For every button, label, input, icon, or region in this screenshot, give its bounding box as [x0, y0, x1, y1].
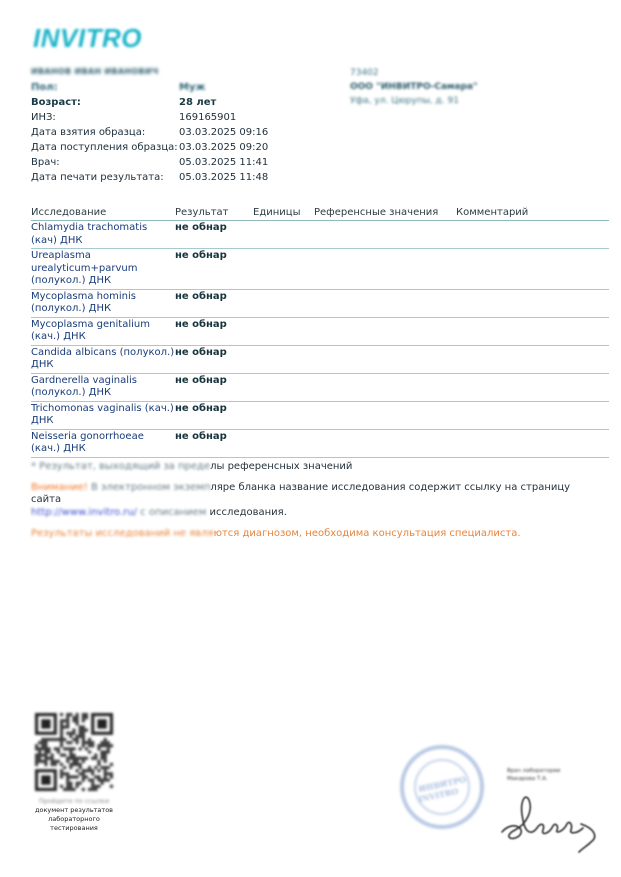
doctor-title: Врач лаборатории — [507, 767, 560, 775]
test-reference — [314, 222, 456, 247]
table-row: Trichomonas vaginalis (кач.) ДНКне обнар — [31, 402, 609, 430]
note-blurred-text: В электронном экземп — [88, 482, 211, 493]
info-label: Врач: — [31, 155, 179, 170]
test-comment — [456, 431, 606, 456]
test-name-link[interactable]: Neisseria gonorrhoeae (кач.) ДНК — [31, 431, 175, 456]
qr-caption-blurred: Пройдите по ссылке — [24, 797, 124, 806]
header-reference: Референсные значения — [314, 205, 456, 220]
info-label: Дата поступления образца: — [31, 140, 179, 155]
table-body: Chlamydia trachomatis (кач) ДНКне обнарU… — [31, 221, 609, 458]
info-value: 169165901 — [179, 110, 236, 125]
test-reference — [314, 291, 456, 316]
test-comment — [456, 222, 606, 247]
test-result: не обнар — [175, 403, 253, 428]
test-reference — [314, 403, 456, 428]
invitro-link[interactable]: http://www.invitro.ru/ — [31, 507, 137, 518]
test-name-link[interactable]: Ureaplasma urealyticum+parvum (полукол.)… — [31, 250, 175, 288]
info-label: Дата взятия образца: — [31, 125, 179, 140]
info-label: Пол: — [31, 80, 179, 95]
test-comment — [456, 319, 606, 344]
table-row: Gardnerella vaginalis (полукол.) ДНКне о… — [31, 374, 609, 402]
info-row: Дата поступления образца:03.03.2025 09:2… — [31, 140, 268, 155]
table-row: Chlamydia trachomatis (кач) ДНКне обнар — [31, 221, 609, 249]
note-electronic-copy: Внимание! В электронном экземпляре бланк… — [31, 482, 591, 520]
test-reference — [314, 319, 456, 344]
table-row: Neisseria gonorrhoeae (кач.) ДНКне обнар — [31, 430, 609, 458]
qr-caption: Пройдите по ссылке документ результатов … — [24, 797, 124, 833]
test-units — [253, 375, 314, 400]
note-text: исследования. — [206, 507, 287, 518]
lab-info: 73402 ООО "ИНВИТРО-Самара" Уфа, ул. Цюру… — [350, 66, 478, 108]
info-value: 03.03.2025 09:16 — [179, 125, 268, 140]
info-value: 03.03.2025 09:20 — [179, 140, 268, 155]
note-disclaimer: Результаты исследований не являются диаг… — [31, 528, 591, 541]
test-reference — [314, 375, 456, 400]
info-label: ИНЗ: — [31, 110, 179, 125]
info-row: Дата печати результата:05.03.2025 11:48 — [31, 170, 268, 185]
note-blurred-text: Результаты исследований не явля — [31, 528, 214, 539]
test-comment — [456, 291, 606, 316]
signature-icon — [497, 790, 602, 855]
test-name-link[interactable]: Candida albicans (полукол.) ДНК — [31, 347, 175, 372]
table-header: Исследование Результат Единицы Референсн… — [31, 205, 609, 221]
test-reference — [314, 347, 456, 372]
lab-address: Уфа, ул. Цюрупы, д. 91 — [350, 94, 478, 108]
results-table: Исследование Результат Единицы Референсн… — [31, 205, 609, 458]
doctor-info: Врач лаборатории Макарова Т.А. — [507, 767, 560, 783]
qr-caption-line1: документ результатов — [24, 806, 124, 815]
info-row: Пол:Муж — [31, 80, 268, 95]
note-text: лы референсных значений — [210, 461, 352, 472]
test-name-link[interactable]: Mycoplasma hominis (полукол.) ДНК — [31, 291, 175, 316]
lab-code: 73402 — [350, 66, 478, 80]
test-units — [253, 431, 314, 456]
patient-name: ИВАНОВ ИВАН ИВАНОВИЧ — [31, 67, 159, 76]
test-name-link[interactable]: Chlamydia trachomatis (кач) ДНК — [31, 222, 175, 247]
info-value: 05.03.2025 11:41 — [179, 155, 268, 170]
test-name-link[interactable]: Mycoplasma genitalium (кач.) ДНК — [31, 319, 175, 344]
notes: * Результат, выходящий за пределы рефере… — [31, 461, 591, 541]
table-row: Candida albicans (полукол.) ДНКне обнар — [31, 346, 609, 374]
patient-info: Пол:МужВозраст:28 летИНЗ:169165901Дата в… — [31, 80, 268, 185]
info-row: ИНЗ:169165901 — [31, 110, 268, 125]
test-reference — [314, 250, 456, 288]
test-result: не обнар — [175, 375, 253, 400]
doctor-name: Макарова Т.А. — [507, 775, 560, 783]
test-result: не обнар — [175, 291, 253, 316]
test-result: не обнар — [175, 250, 253, 288]
header-units: Единицы — [253, 205, 314, 220]
qr-caption-line2: лабораторного тестирования — [24, 815, 124, 833]
info-row: Дата взятия образца:03.03.2025 09:16 — [31, 125, 268, 140]
info-value: 28 лет — [179, 95, 216, 110]
test-reference — [314, 431, 456, 456]
test-name-link[interactable]: Gardnerella vaginalis (полукол.) ДНК — [31, 375, 175, 400]
table-row: Mycoplasma hominis (полукол.) ДНКне обна… — [31, 290, 609, 318]
test-units — [253, 403, 314, 428]
test-name-link[interactable]: Trichomonas vaginalis (кач.) ДНК — [31, 403, 175, 428]
info-label: Дата печати результата: — [31, 170, 179, 185]
info-value: 05.03.2025 11:48 — [179, 170, 268, 185]
info-row: Врач:05.03.2025 11:41 — [31, 155, 268, 170]
table-row: Mycoplasma genitalium (кач.) ДНКне обнар — [31, 318, 609, 346]
table-row: Ureaplasma urealyticum+parvum (полукол.)… — [31, 249, 609, 290]
header-test: Исследование — [31, 205, 175, 220]
test-comment — [456, 250, 606, 288]
header-comment: Комментарий — [456, 205, 606, 220]
test-result: не обнар — [175, 431, 253, 456]
info-label: Возраст: — [31, 95, 179, 110]
note-warning: Внимание! — [31, 482, 88, 493]
info-value: Муж — [179, 80, 205, 95]
test-units — [253, 222, 314, 247]
note-blurred-text: * Результат, выходящий за преде — [31, 461, 210, 472]
note-blurred-text: с описанием — [137, 507, 206, 518]
test-result: не обнар — [175, 222, 253, 247]
stamp-icon: ИНВИТРО INVITRO — [400, 745, 484, 829]
note-text: ются диагнозом, необходима консультация … — [214, 528, 521, 539]
test-result: не обнар — [175, 319, 253, 344]
test-units — [253, 291, 314, 316]
note-reference-legend: * Результат, выходящий за пределы рефере… — [31, 461, 591, 474]
header-result: Результат — [175, 205, 253, 220]
invitro-logo: INVITRO — [33, 23, 142, 54]
test-comment — [456, 403, 606, 428]
test-comment — [456, 375, 606, 400]
info-row: Возраст:28 лет — [31, 95, 268, 110]
qr-code-icon[interactable] — [35, 713, 113, 791]
test-units — [253, 250, 314, 288]
test-comment — [456, 347, 606, 372]
lab-organization: ООО "ИНВИТРО-Самара" — [350, 80, 478, 94]
test-result: не обнар — [175, 347, 253, 372]
test-units — [253, 319, 314, 344]
test-units — [253, 347, 314, 372]
